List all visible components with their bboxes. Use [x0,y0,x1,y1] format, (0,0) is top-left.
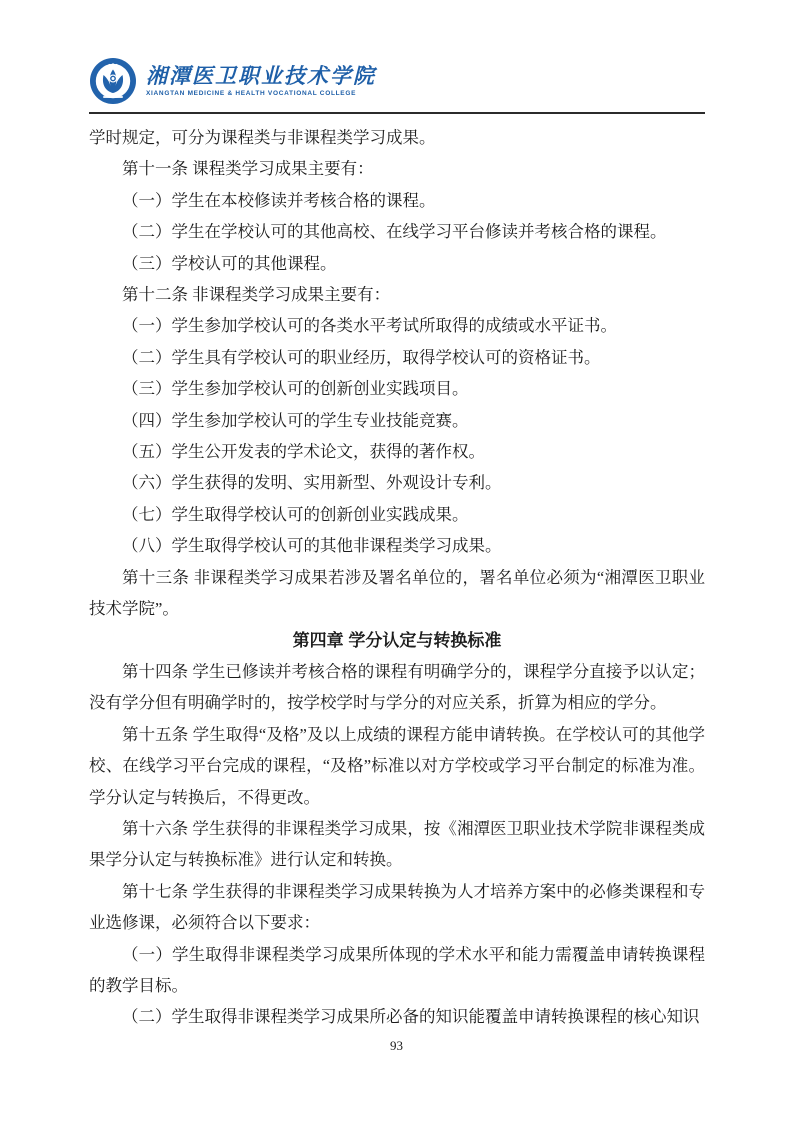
list-item: （一）学生取得非课程类学习成果所体现的学术水平和能力需覆盖申请转换课程的教学目标… [89,939,705,1002]
document-page: 湘潭医卫职业技术学院 XIANGTAN MEDICINE & HEALTH VO… [0,0,793,1122]
chapter-heading: 第四章 学分认定与转换标准 [89,625,705,656]
page-number: 93 [0,1038,793,1054]
paragraph-article-14: 第十四条 学生已修读并考核合格的课程有明确学分的，课程学分直接予以认定；没有学分… [89,656,705,719]
list-item: （六）学生获得的发明、实用新型、外观设计专利。 [89,467,705,498]
list-item: （二）学生具有学校认可的职业经历，取得学校认可的资格证书。 [89,342,705,373]
college-name-en: XIANGTAN MEDICINE & HEALTH VOCATIONAL CO… [146,90,376,97]
college-seal-icon [89,57,137,105]
paragraph-article-17: 第十七条 学生获得的非课程类学习成果转换为人才培养方案中的必修类课程和专业选修课… [89,876,705,939]
list-item: （八）学生取得学校认可的其他非课程类学习成果。 [89,530,705,561]
list-item: （二）学生在学校认可的其他高校、在线学习平台修读并考核合格的课程。 [89,216,705,247]
header-divider [89,112,705,114]
document-body: 学时规定，可分为课程类与非课程类学习成果。 第十一条 课程类学习成果主要有： （… [89,122,705,1033]
college-name-zh: 湘潭医卫职业技术学院 [146,65,376,88]
list-item: （三）学生参加学校认可的创新创业实践项目。 [89,373,705,404]
paragraph-article-15: 第十五条 学生取得“及格”及以上成绩的课程方能申请转换。在学校认可的其他学校、在… [89,719,705,813]
list-item: （四）学生参加学校认可的学生专业技能竞赛。 [89,405,705,436]
paragraph-article-12: 第十二条 非课程类学习成果主要有： [89,279,705,310]
list-item: （二）学生取得非课程类学习成果所必备的知识能覆盖申请转换课程的核心知识 [89,1001,705,1032]
paragraph-continuation: 学时规定，可分为课程类与非课程类学习成果。 [89,122,705,153]
page-header: 湘潭医卫职业技术学院 XIANGTAN MEDICINE & HEALTH VO… [89,0,705,114]
list-item: （五）学生公开发表的学术论文，获得的著作权。 [89,436,705,467]
list-item: （一）学生参加学校认可的各类水平考试所取得的成绩或水平证书。 [89,310,705,341]
list-item: （七）学生取得学校认可的创新创业实践成果。 [89,499,705,530]
list-item: （一）学生在本校修读并考核合格的课程。 [89,185,705,216]
paragraph-article-11: 第十一条 课程类学习成果主要有： [89,153,705,184]
paragraph-article-13: 第十三条 非课程类学习成果若涉及署名单位的，署名单位必须为“湘潭医卫职业技术学院… [89,562,705,625]
paragraph-article-16: 第十六条 学生获得的非课程类学习成果，按《湘潭医卫职业技术学院非课程类成果学分认… [89,813,705,876]
list-item: （三）学校认可的其他课程。 [89,248,705,279]
college-name-block: 湘潭医卫职业技术学院 XIANGTAN MEDICINE & HEALTH VO… [146,65,376,97]
